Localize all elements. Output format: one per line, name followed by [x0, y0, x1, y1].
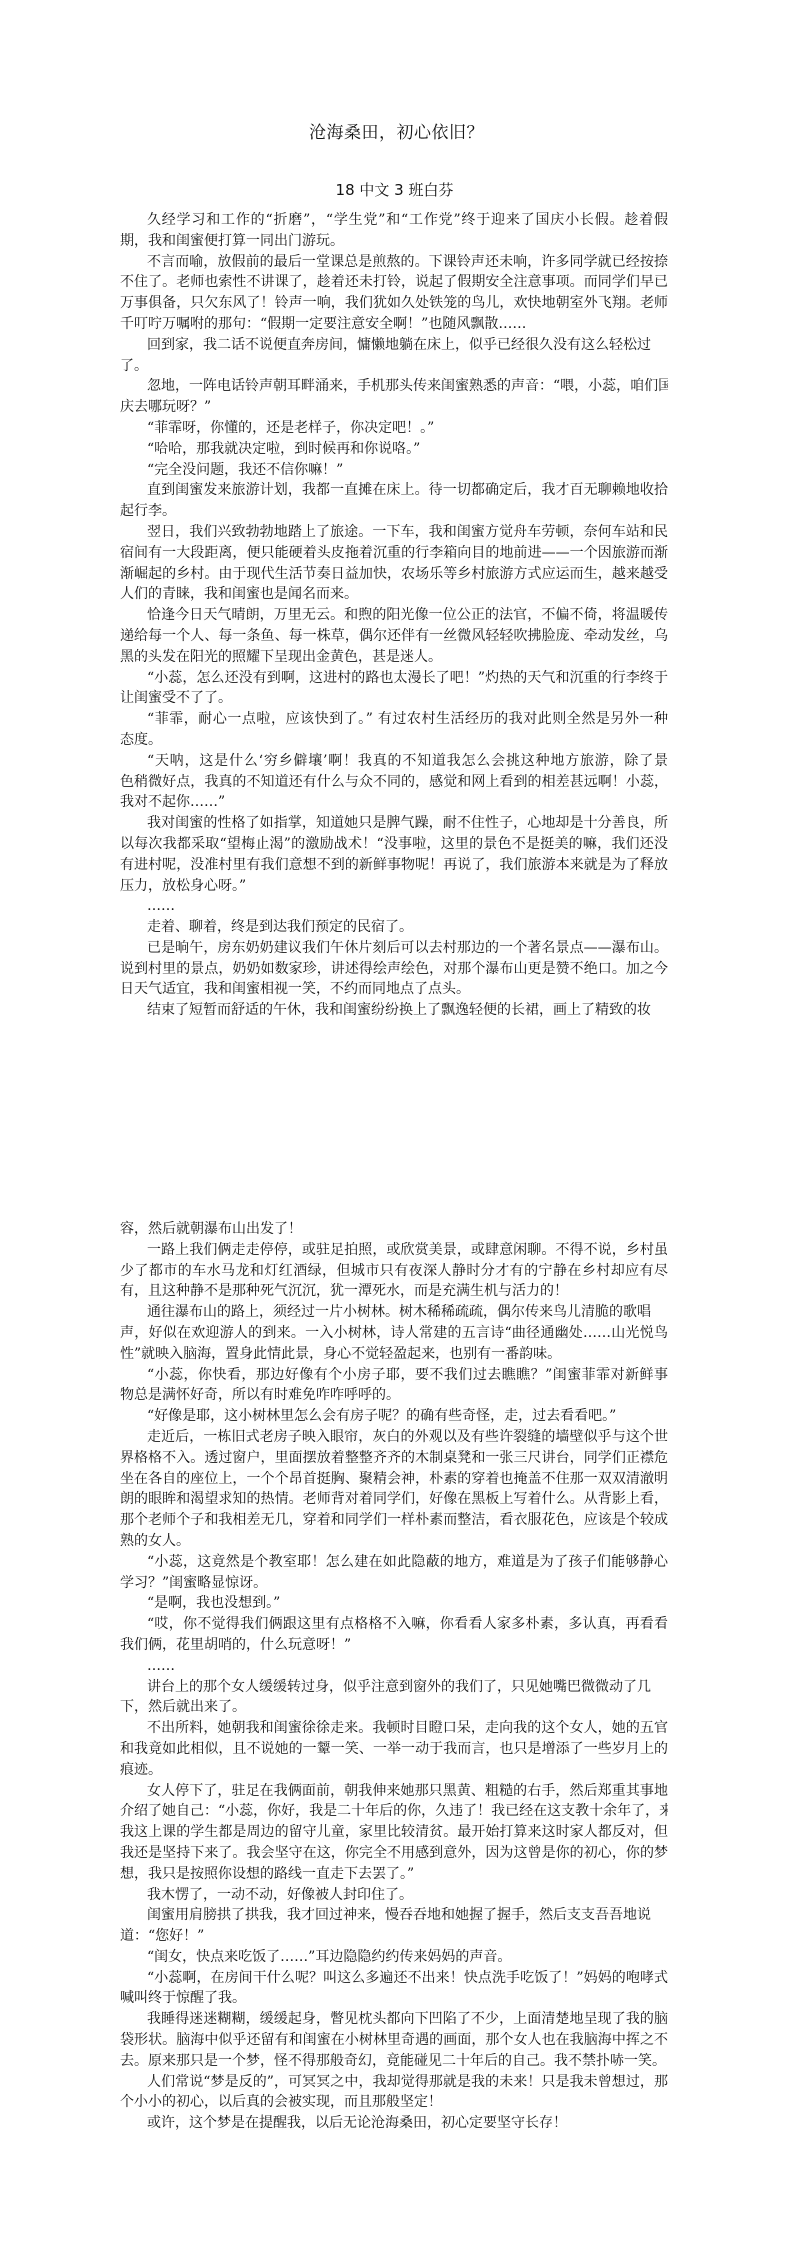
text-line: 恰逢今日天气晴朗，万里无云。和煦的阳光像一位公正的法官，不偏不倚，将温暖传 — [120, 605, 668, 626]
paragraph: 不言而喻，放假前的最后一堂课总是煎熬的。下课铃声还未响，许多同学就已经按捺 不住… — [120, 252, 668, 335]
text-line: 喊叫终于惊醒了我。 — [120, 1988, 668, 2009]
text-line: 个小小的初心，以后真的会被实现，而且那般坚定！ — [120, 2092, 668, 2113]
text-line: 通往瀑布山的路上，须经过一片小树林。树木稀稀疏疏，偶尔传来鸟儿清脆的歌唱 — [120, 1302, 668, 1323]
text-line: 袋形状。脑海中似乎还留有和闺蜜在小树林里奇遇的画面，那个女人也在我脑海中挥之不 — [120, 2030, 668, 2051]
paragraph: 走近后，一栋旧式老房子映入眼帘，灰白的外观以及有些许裂缝的墙壁似乎与这个世 界格… — [120, 1427, 668, 1552]
text-line: 人们常说“梦是反的”，可冥冥之中，我却觉得那就是我的未来！只是我未曾想过，那 — [120, 2072, 668, 2093]
paragraph: 走着、聊着，终是到达我们预定的民宿了。 — [120, 917, 668, 938]
paragraph: “好像是耶，这小树林里怎么会有房子呢？的确有些奇怪，走，过去看看吧。” — [120, 1406, 668, 1427]
text-line: 坐在各自的座位上，一个个昂首挺胸、聚精会神，朴素的穿着也掩盖不住那一双双清澈明 — [120, 1469, 668, 1490]
text-line: 渐崛起的乡村。由于现代生活节奏日益加快，农场乐等乡村旅游方式应运而生，越来越受 — [120, 564, 668, 585]
paragraph: 女人停下了，驻足在我俩面前，朝我伸来她那只黑黄、粗糙的右手，然后郑重其事地 介绍… — [120, 1781, 668, 1885]
text-line: 一路上我们俩走走停停，或驻足拍照，或欣赏美景，或肆意闲聊。不得不说，乡村虽 — [120, 1240, 668, 1261]
paragraph: “天呐，这是什么‘穷乡僻壤’啊！我真的不知道我怎么会挑这种地方旅游，除了景 色稍… — [120, 751, 668, 813]
text-line: 不出所料，她朝我和闺蜜徐徐走来。我顿时目瞪口呆，走向我的这个女人，她的五官 — [120, 1718, 668, 1739]
text-line: …… — [120, 1656, 668, 1677]
text-line: “是啊，我也没想到。” — [120, 1593, 668, 1614]
text-line: 递给每一个人、每一条鱼、每一株草，偶尔还伴有一丝微风轻轻吹拂脸庞、牵动发丝，乌 — [120, 626, 668, 647]
text-line: 熟的女人。 — [120, 1531, 668, 1552]
text-line: …… — [120, 896, 668, 917]
text-line: 或许，这个梦是在提醒我，以后无论沧海桑田，初心定要坚守长存！ — [120, 2113, 668, 2134]
paragraph: 一路上我们俩走走停停，或驻足拍照，或欣赏美景，或肆意闲聊。不得不说，乡村虽 少了… — [120, 1240, 668, 1302]
text-line: 有，且这种静不是那种死气沉沉，犹一潭死水，而是充满生机与活力的！ — [120, 1281, 668, 1302]
paragraph: 直到闺蜜发来旅游计划，我都一直摊在床上。待一切都确定后，我才百无聊赖地收拾 起行… — [120, 480, 668, 522]
text-line: 忽地，一阵电话铃声朝耳畔涌来，手机那头传来闺蜜熟悉的声音：“喂，小蕊，咱们国 — [120, 376, 668, 397]
text-line: 直到闺蜜发来旅游计划，我都一直摊在床上。待一切都确定后，我才百无聊赖地收拾 — [120, 480, 668, 501]
paragraph: “小蕊啊，在房间干什么呢？叫这么多遍还不出来！快点洗手吃饭了！”妈妈的咆哮式 喊… — [120, 1968, 668, 2010]
text-line: 那个老师个子和我相差无几，穿着和同学们一样朴素而整洁，看衣服花色，应该是个较成 — [120, 1510, 668, 1531]
paragraph: 回到家，我二话不说便直奔房间，慵懒地躺在床上，似乎已经很久没有这么轻松过 了。 — [120, 335, 668, 377]
paragraph: “哎，你不觉得我们俩跟这里有点格格不入嘛，你看看人家多朴素，多认真，再看看 我们… — [120, 1614, 668, 1656]
paragraph: “闺女，快点来吃饭了……”耳边隐隐约约传来妈妈的声音。 — [120, 1947, 668, 1968]
text-line: 庆去哪玩呀？” — [120, 397, 668, 418]
paragraph: 久经学习和工作的“折磨”，“学生党”和“工作党”终于迎来了国庆小长假。趁着假 期… — [120, 210, 668, 252]
text-line: 女人停下了，驻足在我俩面前，朝我伸来她那只黑黄、粗糙的右手，然后郑重其事地 — [120, 1781, 668, 1802]
text-line: 说到村里的景点，奶奶如数家珍，讲述得绘声绘色，对那个瀑布山更是赞不绝口。加之今 — [120, 959, 668, 980]
text-line: 万事俱备，只欠东风了！铃声一响，我们犹如久处铁笼的鸟儿，欢快地朝室外飞翔。老师 — [120, 293, 668, 314]
text-line: 下，然后就出来了。 — [120, 1697, 668, 1718]
paragraph: 结束了短暂而舒适的午休，我和闺蜜纷纷换上了飘逸轻便的长裙，画上了精致的妆 — [120, 1000, 668, 1021]
text-line: 道：“您好！” — [120, 1926, 668, 1947]
text-line: 让闺蜜受不了了。 — [120, 688, 668, 709]
paragraph: 或许，这个梦是在提醒我，以后无论沧海桑田，初心定要坚守长存！ — [120, 2113, 668, 2134]
text-line: 期，我和闺蜜便打算一同出门游玩。 — [120, 231, 668, 252]
paragraph: “菲霏，耐心一点啦，应该快到了。” 有过农村生活经历的我对此则全然是另外一种 态… — [120, 709, 668, 751]
paragraph: 闺蜜用肩膀拱了拱我，我才回过神来，慢吞吞地和她握了握手，然后支支吾吾地说 道：“… — [120, 1905, 668, 1947]
text-line: 已是晌午，房东奶奶建议我们午休片刻后可以去村那边的一个著名景点——瀑布山。 — [120, 938, 668, 959]
text-line: “小蕊，怎么还没有到啊，这进村的路也太漫长了吧！”灼热的天气和沉重的行李终于 — [120, 668, 668, 689]
text-line: 以每次我都采取“望梅止渴”的激励战术！“没事啦，这里的景色不是挺美的嘛，我们还没 — [120, 834, 668, 855]
paragraph: “哈哈，那我就决定啦，到时候再和你说咯。” — [120, 439, 668, 460]
paragraph: 人们常说“梦是反的”，可冥冥之中，我却觉得那就是我的未来！只是我未曾想过，那 个… — [120, 2072, 668, 2114]
text-line: 容，然后就朝瀑布山出发了！ — [120, 1219, 668, 1240]
text-line: 去。原来那只是一个梦，怪不得那般奇幻，竟能碰见二十年后的自己。我不禁扑哧一笑。 — [120, 2051, 668, 2072]
paragraph: 通往瀑布山的路上，须经过一片小树林。树木稀稀疏疏，偶尔传来鸟儿清脆的歌唱 声，好… — [120, 1302, 668, 1364]
page-2-body: 容，然后就朝瀑布山出发了！ 一路上我们俩走走停停，或驻足拍照，或欣赏美景，或肆意… — [120, 1219, 668, 2134]
text-line: 日天气适宜，我和闺蜜相视一笑，不约而同地点了点头。 — [120, 979, 668, 1000]
text-line: “哎，你不觉得我们俩跟这里有点格格不入嘛，你看看人家多朴素，多认真，再看看 — [120, 1614, 668, 1635]
text-line: 学习？”闺蜜略显惊讶。 — [120, 1573, 668, 1594]
paragraph: 我睡得迷迷糊糊，缓缓起身，瞥见枕头都向下凹陷了不少，上面清楚地呈现了我的脑 袋形… — [120, 2009, 668, 2071]
paragraph: 已是晌午，房东奶奶建议我们午休片刻后可以去村那边的一个著名景点——瀑布山。 说到… — [120, 938, 668, 1000]
text-line: 不言而喻，放假前的最后一堂课总是煎熬的。下课铃声还未响，许多同学就已经按捺 — [120, 252, 668, 273]
text-line: “完全没问题，我还不信你嘛！” — [120, 460, 668, 481]
text-line: 走近后，一栋旧式老房子映入眼帘，灰白的外观以及有些许裂缝的墙壁似乎与这个世 — [120, 1427, 668, 1448]
paragraph: 忽地，一阵电话铃声朝耳畔涌来，手机那头传来闺蜜熟悉的声音：“喂，小蕊，咱们国 庆… — [120, 376, 668, 418]
text-line: “菲霏呀，你懂的，还是老样子，你决定吧！。” — [120, 418, 668, 439]
text-line: 走着、聊着，终是到达我们预定的民宿了。 — [120, 917, 668, 938]
text-line: 久经学习和工作的“折磨”，“学生党”和“工作党”终于迎来了国庆小长假。趁着假 — [120, 210, 668, 231]
author-line: 18 中文 3 班白芬 — [0, 180, 789, 200]
text-line: 压力，放松身心呀。” — [120, 876, 668, 897]
paragraph-continuation: 容，然后就朝瀑布山出发了！ — [120, 1219, 668, 1240]
paragraph: 不出所料，她朝我和闺蜜徐徐走来。我顿时目瞪口呆，走向我的这个女人，她的五官 和我… — [120, 1718, 668, 1780]
paragraph: “完全没问题，我还不信你嘛！” — [120, 460, 668, 481]
text-line: 少了都市的车水马龙和灯红酒绿，但城市只有夜深人静时分才有的宁静在乡村却应有尽 — [120, 1261, 668, 1282]
paragraph: “是啊，我也没想到。” — [120, 1593, 668, 1614]
text-line: 我木愣了，一动不动，好像被人封印住了。 — [120, 1885, 668, 1906]
paragraph: “小蕊，怎么还没有到啊，这进村的路也太漫长了吧！”灼热的天气和沉重的行李终于 让… — [120, 668, 668, 710]
paragraph: 翌日，我们兴致勃勃地踏上了旅途。一下车，我和闺蜜方觉舟车劳顿，奈何车站和民 宿间… — [120, 522, 668, 605]
text-line: 物总是满怀好奇，所以有时难免咋咋呼呼的。 — [120, 1385, 668, 1406]
ellipsis-break: …… — [120, 896, 668, 917]
paragraph: “小蕊，这竟然是个教室耶！怎么建在如此隐蔽的地方，难道是为了孩子们能够静心 学习… — [120, 1552, 668, 1594]
text-line: 性”就映入脑海，置身此情此景，身心不觉轻盈起来，也别有一番韵味。 — [120, 1344, 668, 1365]
paragraph: 我木愣了，一动不动，好像被人封印住了。 — [120, 1885, 668, 1906]
text-line: 和我竟如此相似，且不说她的一颦一笑、一举一动于我而言，也只是增添了一些岁月上的 — [120, 1739, 668, 1760]
text-line: 声，好似在欢迎游人的到来。一入小树林，诗人常建的五言诗“曲径通幽处……山光悦鸟 — [120, 1323, 668, 1344]
text-line: 想，我只是按照你设想的路线一直走下去罢了。” — [120, 1864, 668, 1885]
text-line: 我对不起你……” — [120, 792, 668, 813]
paragraph: “小蕊，你快看，那边好像有个小房子耶，要不我们过去瞧瞧？”闺蜜菲霏对新鲜事 物总… — [120, 1365, 668, 1407]
text-line: 态度。 — [120, 730, 668, 751]
text-line: 结束了短暂而舒适的午休，我和闺蜜纷纷换上了飘逸轻便的长裙，画上了精致的妆 — [120, 1000, 668, 1021]
text-line: “哈哈，那我就决定啦，到时候再和你说咯。” — [120, 439, 668, 460]
document-title: 沧海桑田，初心依旧？ — [0, 122, 793, 144]
text-line: “小蕊，这竟然是个教室耶！怎么建在如此隐蔽的地方，难道是为了孩子们能够静心 — [120, 1552, 668, 1573]
text-line: “小蕊啊，在房间干什么呢？叫这么多遍还不出来！快点洗手吃饭了！”妈妈的咆哮式 — [120, 1968, 668, 1989]
text-line: 我还是坚持下来了。我会坚守在这，你完全不用感到意外，因为这曾是你的初心，你的梦 — [120, 1843, 668, 1864]
text-line: 我们俩，花里胡哨的，什么玩意呀！” — [120, 1635, 668, 1656]
text-line: 了。 — [120, 356, 668, 377]
text-line: 朗的眼眸和渴望求知的热情。老师背对着同学们，好像在黑板上写着什么。从背影上看， — [120, 1489, 668, 1510]
text-line: 界格格不入。透过窗户，里面摆放着整整齐齐的木制桌凳和一张三尺讲台，同学们正襟危 — [120, 1448, 668, 1469]
text-line: “菲霏，耐心一点啦，应该快到了。” 有过农村生活经历的我对此则全然是另外一种 — [120, 709, 668, 730]
text-line: 我睡得迷迷糊糊，缓缓起身，瞥见枕头都向下凹陷了不少，上面清楚地呈现了我的脑 — [120, 2009, 668, 2030]
text-line: 介绍了她自己：“小蕊，你好，我是二十年后的你，久违了！我已经在这支教十余年了，来 — [120, 1801, 668, 1822]
text-line: 讲台上的那个女人缓缓转过身，似乎注意到窗外的我们了，只见她嘴巴微微动了几 — [120, 1677, 668, 1698]
text-line: “小蕊，你快看，那边好像有个小房子耶，要不我们过去瞧瞧？”闺蜜菲霏对新鲜事 — [120, 1365, 668, 1386]
ellipsis-break: …… — [120, 1656, 668, 1677]
text-line: 我对闺蜜的性格了如指掌，知道她只是脾气躁，耐不住性子，心地却是十分善良，所 — [120, 813, 668, 834]
text-line: “天呐，这是什么‘穷乡僻壤’啊！我真的不知道我怎么会挑这种地方旅游，除了景 — [120, 751, 668, 772]
text-line: 起行李。 — [120, 501, 668, 522]
text-line: “闺女，快点来吃饭了……”耳边隐隐约约传来妈妈的声音。 — [120, 1947, 668, 1968]
paragraph: 我对闺蜜的性格了如指掌，知道她只是脾气躁，耐不住性子，心地却是十分善良，所 以每… — [120, 813, 668, 896]
page-1-body: 久经学习和工作的“折磨”，“学生党”和“工作党”终于迎来了国庆小长假。趁着假 期… — [120, 210, 668, 1021]
paragraph: 讲台上的那个女人缓缓转过身，似乎注意到窗外的我们了，只见她嘴巴微微动了几 下，然… — [120, 1677, 668, 1719]
text-line: 宿间有一大段距离，便只能硬着头皮拖着沉重的行李箱向目的地前进——一个因旅游而渐 — [120, 543, 668, 564]
text-line: “好像是耶，这小树林里怎么会有房子呢？的确有些奇怪，走，过去看看吧。” — [120, 1406, 668, 1427]
text-line: 痕迹。 — [120, 1760, 668, 1781]
text-line: 回到家，我二话不说便直奔房间，慵懒地躺在床上，似乎已经很久没有这么轻松过 — [120, 335, 668, 356]
text-line: 翌日，我们兴致勃勃地踏上了旅途。一下车，我和闺蜜方觉舟车劳顿，奈何车站和民 — [120, 522, 668, 543]
text-line: 不住了。老师也索性不讲课了，趁着还未打铃，说起了假期安全注意事项。而同学们早已 — [120, 272, 668, 293]
text-line: 色稍微好点，我真的不知道还有什么与众不同的，感觉和网上看到的相差甚远啊！小蕊， — [120, 772, 668, 793]
text-line: 千叮咛万嘱咐的那句：“假期一定要注意安全啊！”也随风飘散…… — [120, 314, 668, 335]
text-line: 我这上课的学生都是周边的留守儿童，家里比较清贫。最开始打算来这时家人都反对，但 — [120, 1822, 668, 1843]
text-line: 人们的青睐，我和闺蜜也是闻名而来。 — [120, 584, 668, 605]
text-line: 黑的头发在阳光的照耀下呈现出金黄色，甚是迷人。 — [120, 647, 668, 668]
paragraph: “菲霏呀，你懂的，还是老样子，你决定吧！。” — [120, 418, 668, 439]
text-line: 闺蜜用肩膀拱了拱我，我才回过神来，慢吞吞地和她握了握手，然后支支吾吾地说 — [120, 1905, 668, 1926]
text-line: 有进村呢，没准村里有我们意想不到的新鲜事物呢！再说了，我们旅游本来就是为了释放 — [120, 855, 668, 876]
paragraph: 恰逢今日天气晴朗，万里无云。和煦的阳光像一位公正的法官，不偏不倚，将温暖传 递给… — [120, 605, 668, 667]
